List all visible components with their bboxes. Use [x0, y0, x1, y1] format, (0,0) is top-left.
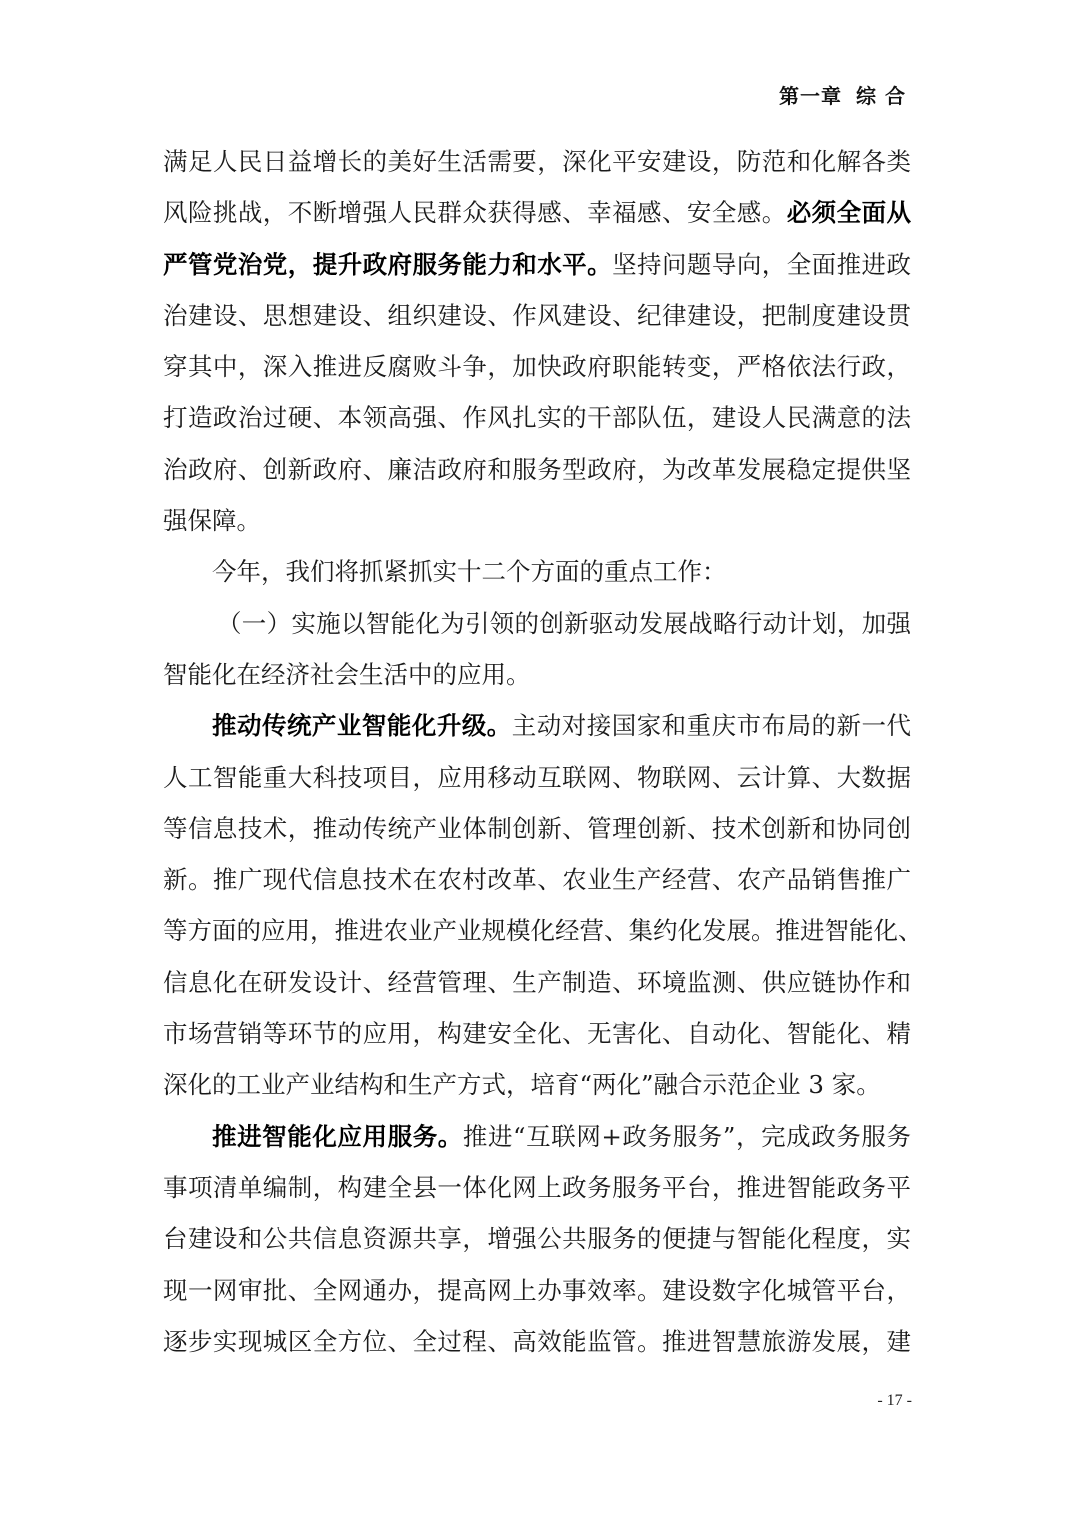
chapter-header: 第一章综 合	[779, 80, 906, 109]
document-body: 满足人民日益增长的美好生活需要，深化平安建设，防范和化解各类 风险挑战，不断增强…	[163, 136, 911, 1367]
page-number: - 17 -	[877, 1392, 912, 1410]
text-line: 强保障。	[163, 495, 911, 546]
text-line: 深化的工业产业结构和生产方式，培育“两化”融合示范企业 3 家。	[163, 1059, 911, 1110]
text-line: 打造政治过硬、本领高强、作风扎实的干部队伍，建设人民满意的法	[163, 392, 911, 443]
text-line: 穿其中，深入推进反腐败斗争，加快政府职能转变，严格依法行政，	[163, 341, 911, 392]
text-line: 信息化在研发设计、经营管理、生产制造、环境监测、供应链协作和	[163, 957, 911, 1008]
chapter-number: 第一章	[779, 84, 842, 108]
text-line: 台建设和公共信息资源共享，增强公共服务的便捷与智能化程度，实	[163, 1213, 911, 1264]
text-line: 推进智能化应用服务。推进“互联网+政务服务”，完成政务服务	[163, 1111, 911, 1162]
text-line: 推动传统产业智能化升级。主动对接国家和重庆市布局的新一代	[163, 700, 911, 751]
text-line: 市场营销等环节的应用，构建安全化、无害化、自动化、智能化、精	[163, 1008, 911, 1059]
text-line: 新。推广现代信息技术在农村改革、农业生产经营、农产品销售推广	[163, 854, 911, 905]
text-line: 逐步实现城区全方位、全过程、高效能监管。推进智慧旅游发展，建	[163, 1316, 911, 1367]
text-line: 等方面的应用，推进农业产业规模化经营、集约化发展。推进智能化、	[163, 905, 911, 956]
text-line: 满足人民日益增长的美好生活需要，深化平安建设，防范和化解各类	[163, 136, 911, 187]
text-line: 事项清单编制，构建全县一体化网上政务服务平台，推进智能政务平	[163, 1162, 911, 1213]
text-line: 严管党治党，提升政府服务能力和水平。坚持问题导向，全面推进政	[163, 239, 911, 290]
text-line: 等信息技术，推动传统产业体制创新、管理创新、技术创新和协同创	[163, 803, 911, 854]
bold-emphasis: 推进智能化应用服务。	[212, 1122, 463, 1151]
bold-emphasis: 必须全面从	[787, 198, 911, 227]
bold-emphasis: 严管党治党，提升政府服务能力和水平。	[163, 250, 612, 279]
section-heading-cont: 智能化在经济社会生活中的应用。	[163, 649, 911, 700]
text-line: 风险挑战，不断增强人民群众获得感、幸福感、安全感。必须全面从	[163, 187, 911, 238]
text-line: 人工智能重大科技项目，应用移动互联网、物联网、云计算、大数据	[163, 752, 911, 803]
paragraph-intro: 今年，我们将抓紧抓实十二个方面的重点工作：	[163, 546, 911, 597]
bold-emphasis: 推动传统产业智能化升级。	[212, 711, 512, 740]
text-line: 治政府、创新政府、廉洁政府和服务型政府，为改革发展稳定提供坚	[163, 444, 911, 495]
text-line: 治建设、思想建设、组织建设、作风建设、纪律建设，把制度建设贯	[163, 290, 911, 341]
text-line: 现一网审批、全网通办，提高网上办事效率。建设数字化城管平台，	[163, 1265, 911, 1316]
section-heading: （一）实施以智能化为引领的创新驱动发展战略行动计划，加强	[163, 598, 911, 649]
chapter-title: 综 合	[856, 84, 906, 108]
